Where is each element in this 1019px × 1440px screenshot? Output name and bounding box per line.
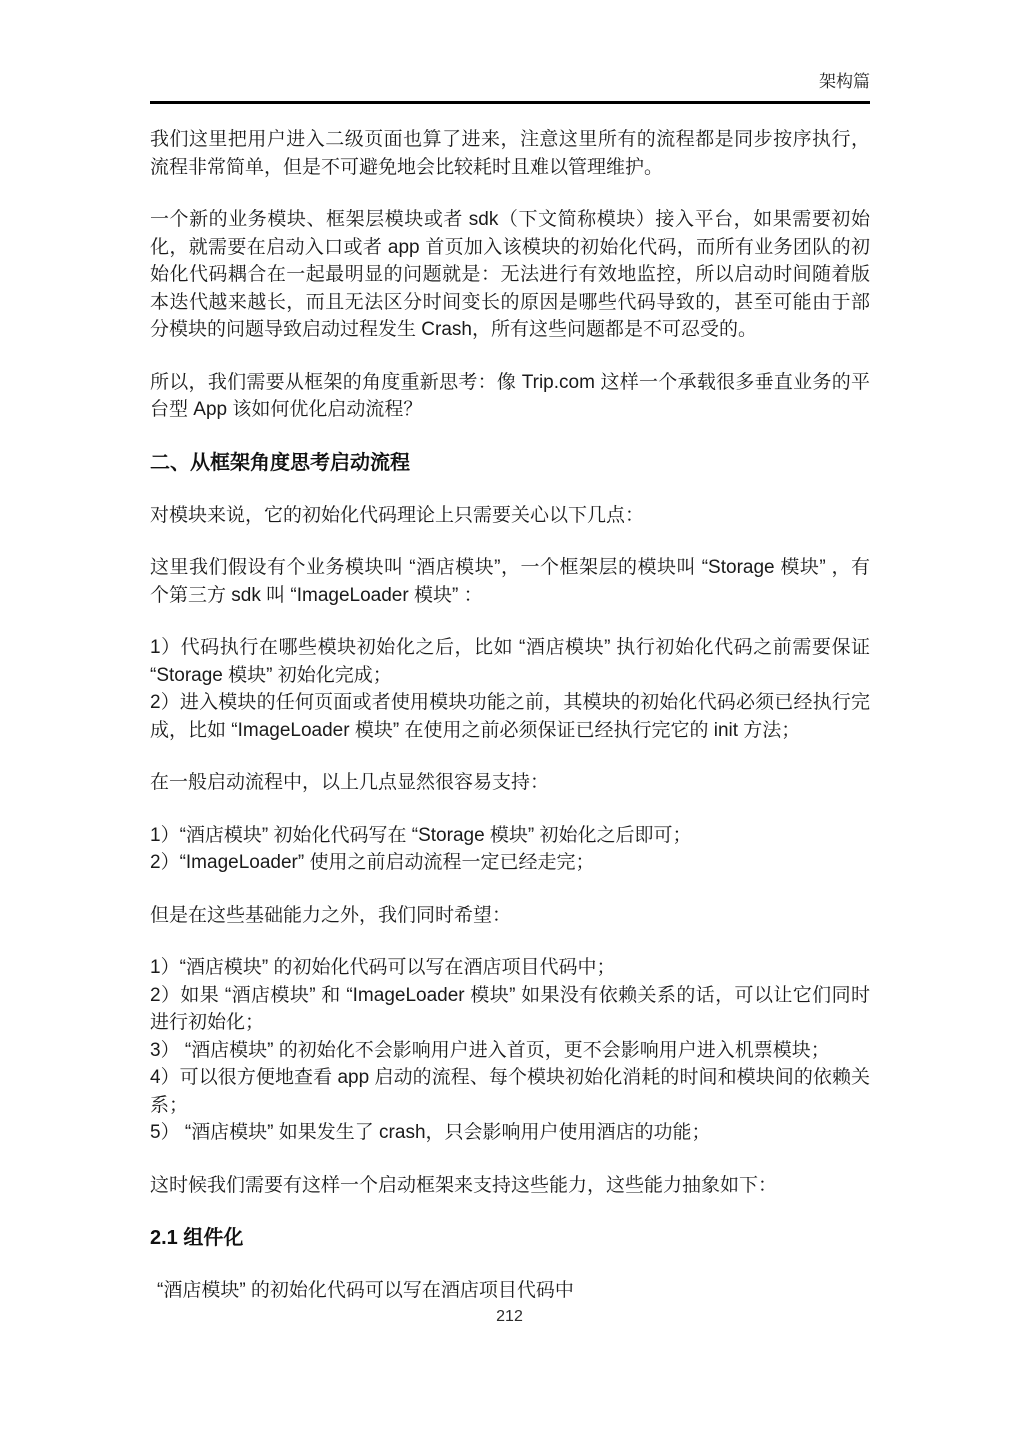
paragraph-module-concern: 对模块来说，它的初始化代码理论上只需要关心以下几点： xyxy=(150,502,870,530)
list-item: 2）如果 “酒店模块” 和 “ImageLoader 模块” 如果没有依赖关系的… xyxy=(150,982,870,1037)
list-item: 1）“酒店模块” 的初始化代码可以写在酒店项目代码中； xyxy=(150,954,870,982)
list-item: 3） “酒店模块” 的初始化不会影响用户进入首页，更不会影响用户进入机票模块； xyxy=(150,1037,870,1065)
subsection-heading: 2.1 组件化 xyxy=(150,1224,870,1252)
numbered-list-wishes: 1）“酒店模块” 的初始化代码可以写在酒店项目代码中； 2）如果 “酒店模块” … xyxy=(150,954,870,1147)
paragraph-easy-support: 在一般启动流程中，以上几点显然很容易支持： xyxy=(150,769,870,797)
list-item: 2）“ImageLoader” 使用之前启动流程一定已经走完； xyxy=(150,849,870,877)
paragraph-assumption: 这里我们假设有个业务模块叫 “酒店模块”，一个框架层的模块叫 “Storage … xyxy=(150,554,870,609)
paragraph-need-framework: 这时候我们需要有这样一个启动框架来支持这些能力，这些能力抽象如下： xyxy=(150,1172,870,1200)
numbered-list-points: 1）代码执行在哪些模块初始化之后，比如 “酒店模块” 执行初始化代码之前需要保证… xyxy=(150,634,870,744)
list-item: 1）“酒店模块” 初始化代码写在 “Storage 模块” 初始化之后即可； xyxy=(150,822,870,850)
running-header-chapter: 架构篇 xyxy=(150,70,870,104)
page-number: 212 xyxy=(0,1308,1019,1326)
paragraph-componentization: “酒店模块” 的初始化代码可以写在酒店项目代码中 xyxy=(150,1277,870,1305)
section-heading: 二、从框架角度思考启动流程 xyxy=(150,449,870,477)
list-item: 5） “酒店模块” 如果发生了 crash，只会影响用户使用酒店的功能； xyxy=(150,1119,870,1147)
document-page: 架构篇 我们这里把用户进入二级页面也算了进来，注意这里所有的流程都是同步按序执行… xyxy=(0,0,1019,1440)
numbered-list-easy: 1）“酒店模块” 初始化代码写在 “Storage 模块” 初始化之后即可； 2… xyxy=(150,822,870,877)
list-item: 1）代码执行在哪些模块初始化之后，比如 “酒店模块” 执行初始化代码之前需要保证… xyxy=(150,634,870,689)
paragraph-problem: 一个新的业务模块、框架层模块或者 sdk（下文简称模块）接入平台，如果需要初始化… xyxy=(150,206,870,344)
paragraph-question: 所以，我们需要从框架的角度重新思考：像 Trip.com 这样一个承载很多垂直业… xyxy=(150,369,870,424)
paragraph-besides: 但是在这些基础能力之外，我们同时希望： xyxy=(150,902,870,930)
list-item: 2）进入模块的任何页面或者使用模块功能之前，其模块的初始化代码必须已经执行完成，… xyxy=(150,689,870,744)
paragraph-intro: 我们这里把用户进入二级页面也算了进来，注意这里所有的流程都是同步按序执行，流程非… xyxy=(150,126,870,181)
list-item: 4）可以很方便地查看 app 启动的流程、每个模块初始化消耗的时间和模块间的依赖… xyxy=(150,1064,870,1119)
